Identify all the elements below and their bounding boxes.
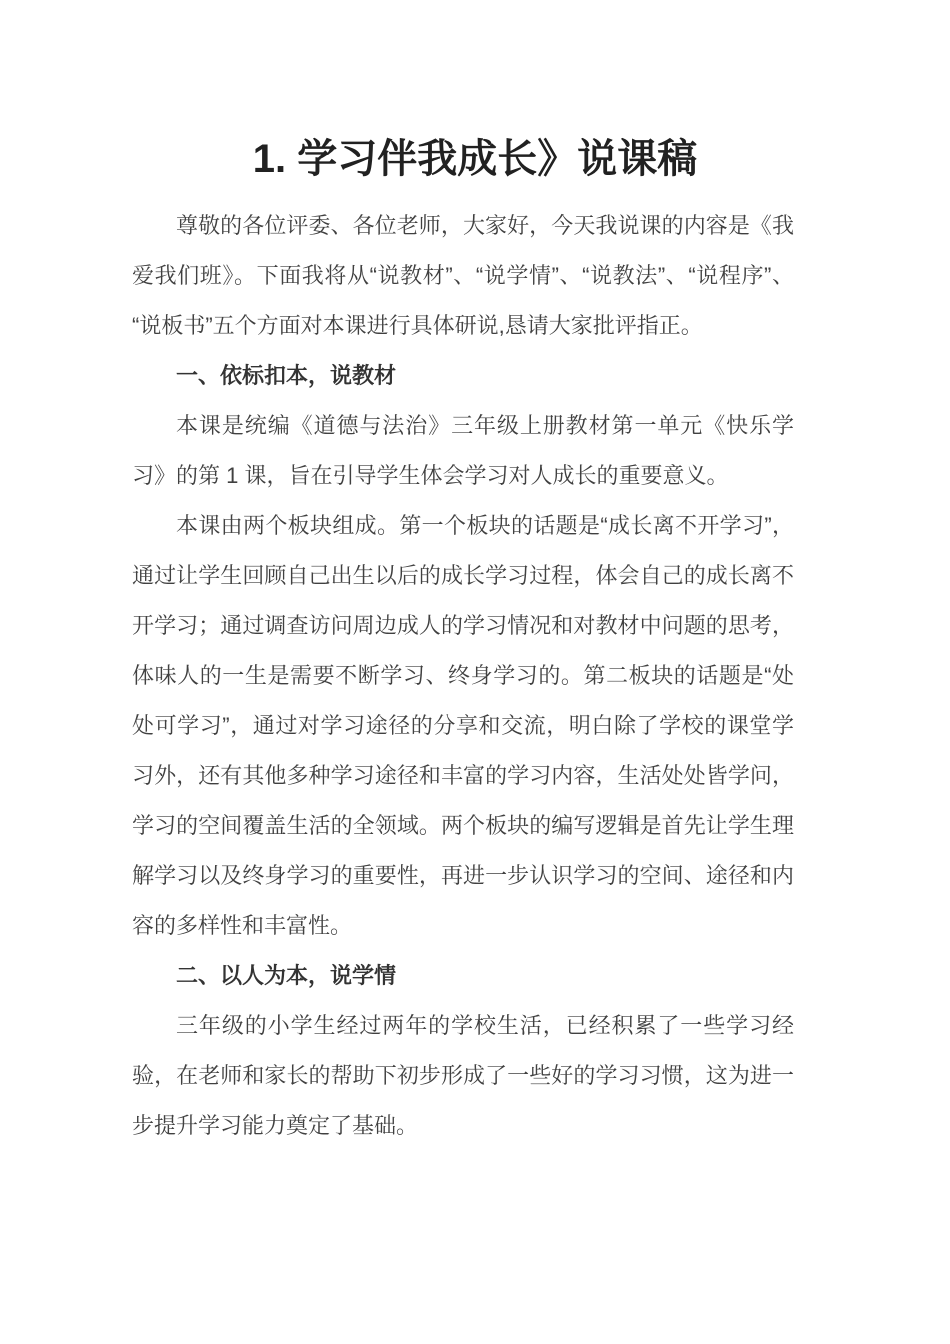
heading-section-1-teaching-material: 一、依标扣本，说教材 bbox=[132, 351, 794, 401]
paragraph-textbook-overview: 本课是统编《道德与法治》三年级上册教材第一单元《快乐学习》的第 1 课，旨在引导… bbox=[132, 401, 794, 501]
paragraph-textbook-structure: 本课由两个板块组成。第一个板块的话题是“成长离不开学习”，通过让学生回顾自己出生… bbox=[132, 501, 794, 951]
paragraph-learner-analysis: 三年级的小学生经过两年的学校生活，已经积累了一些学习经验，在老师和家长的帮助下初… bbox=[132, 1001, 794, 1151]
paragraph-greeting-intro: 尊敬的各位评委、各位老师，大家好，今天我说课的内容是《我爱我们班》。下面我将从“… bbox=[132, 201, 794, 351]
document-page: 1. 学习伴我成长》说课稿 尊敬的各位评委、各位老师，大家好，今天我说课的内容是… bbox=[0, 0, 950, 1344]
heading-section-2-learner-analysis: 二、以人为本，说学情 bbox=[132, 951, 794, 1001]
document-title: 1. 学习伴我成长》说课稿 bbox=[0, 0, 950, 184]
document-body: 尊敬的各位评委、各位老师，大家好，今天我说课的内容是《我爱我们班》。下面我将从“… bbox=[132, 201, 794, 1151]
